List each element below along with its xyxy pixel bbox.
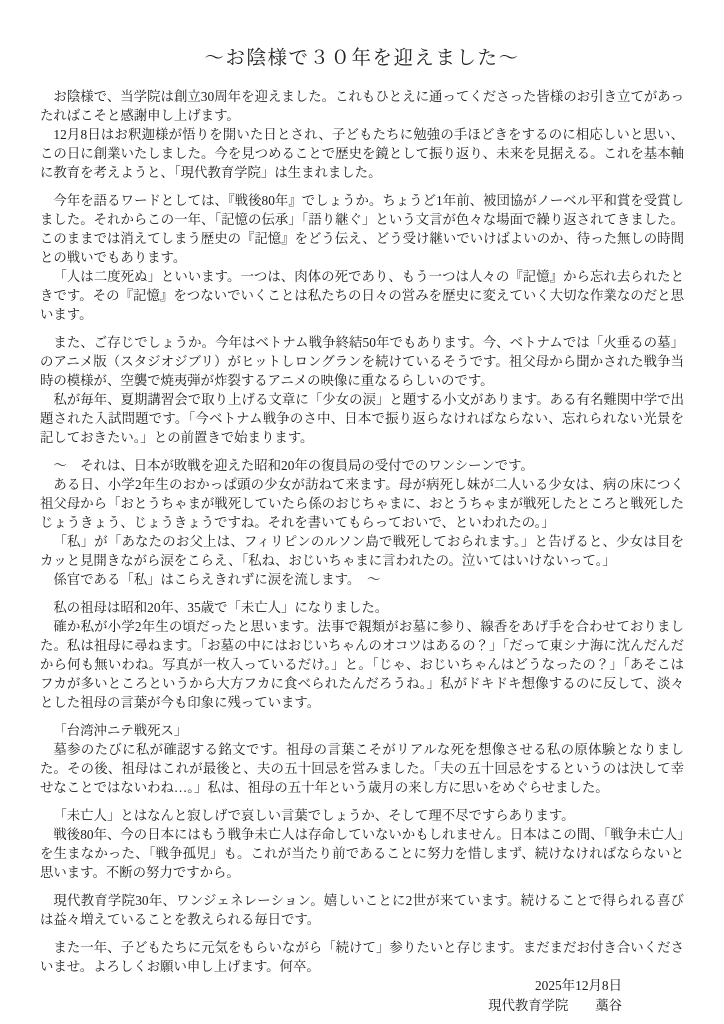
paragraph: 「台湾沖ニテ戦死ス」 <box>40 721 684 740</box>
paragraph-block: お陰様で、当学院は創立30周年を迎えました。これもひとえに通ってくださった皆様の… <box>40 87 684 182</box>
paragraph: 確か私が小学2年生の頃だったと思います。法事で親類がお墓に参り、線香をあげ手を合… <box>40 617 684 712</box>
paragraph: 私が毎年、夏期講習会で取り上げる文章に「少女の涙」と題する小文があります。ある有… <box>40 390 684 447</box>
paragraph: 戦後80年、今の日本にはもう戦争未亡人は存命していないかもしれません。日本はこの… <box>40 825 684 882</box>
paragraph: 係官である「私」はこらえきれずに涙を流します。 ～ <box>40 570 684 589</box>
paragraph: 「私」が「あなたのお父上は、フィリピンのルソン島で戦死しておられます。」と告げる… <box>40 532 684 570</box>
paragraph: 「人は二度死ぬ」といいます。一つは、肉体の死であり、もう一つは人々の『記憶』から… <box>40 267 684 324</box>
paragraph-block: 「未亡人」とはなんと寂しげで哀しい言葉でしょうか、そして理不尽ですらあります。 … <box>40 806 684 882</box>
paragraph-block: 今年を語るワードとしては、『戦後80年』でしょうか。ちょうど1年前、被団協がノー… <box>40 191 684 324</box>
paragraph-block: 「台湾沖ニテ戦死ス」 墓参のたびに私が確認する銘文です。祖母の言葉こそがリアルな… <box>40 721 684 797</box>
letter-page: ～お陰様で３０年を迎えました～ お陰様で、当学院は創立30周年を迎えました。これ… <box>0 0 724 1024</box>
paragraph: 私の祖母は昭和20年、35歳で「未亡人」になりました。 <box>40 598 684 617</box>
date-line: 2025年12月8日 <box>40 976 622 996</box>
signature-line: 現代教育学院 藁谷 <box>40 996 622 1016</box>
paragraph-block: また一年、子どもたちに元気をもらいながら「続けて」参りたいと存じます。まだまだお… <box>40 938 684 976</box>
paragraph: また、ご存じでしょうか。今年はベトナム戦争終結50年でもあります。今、ベトナムで… <box>40 333 684 390</box>
paragraph: ～ それは、日本が敗戦を迎えた昭和20年の復員局の受付でのワンシーンです。 <box>40 456 684 475</box>
closing-block: 2025年12月8日 現代教育学院 藁谷 <box>40 976 684 1015</box>
paragraph: 「未亡人」とはなんと寂しげで哀しい言葉でしょうか、そして理不尽ですらあります。 <box>40 806 684 825</box>
paragraph: 現代教育学院30年、ワンジェネレーション。嬉しいことに2世が来ています。続けるこ… <box>40 891 684 929</box>
paragraph: お陰様で、当学院は創立30周年を迎えました。これもひとえに通ってくださった皆様の… <box>40 87 684 125</box>
paragraph-block: 現代教育学院30年、ワンジェネレーション。嬉しいことに2世が来ています。続けるこ… <box>40 891 684 929</box>
paragraph: 墓参のたびに私が確認する銘文です。祖母の言葉こそがリアルな死を想像させる私の原体… <box>40 740 684 797</box>
paragraph: また一年、子どもたちに元気をもらいながら「続けて」参りたいと存じます。まだまだお… <box>40 938 684 976</box>
paragraph-block: また、ご存じでしょうか。今年はベトナム戦争終結50年でもあります。今、ベトナムで… <box>40 333 684 447</box>
paragraph: 12月8日はお釈迦様が悟りを開いた日とされ、子どもたちに勉強の手ほどきをするのに… <box>40 125 684 182</box>
paragraph: 今年を語るワードとしては、『戦後80年』でしょうか。ちょうど1年前、被団協がノー… <box>40 191 684 267</box>
page-title: ～お陰様で３０年を迎えました～ <box>40 44 684 72</box>
paragraph: ある日、小学2年生のおかっぱ頭の少女が訪ねて来ます。母が病死し妹が二人いる少女は… <box>40 475 684 532</box>
paragraph-block: ～ それは、日本が敗戦を迎えた昭和20年の復員局の受付でのワンシーンです。 ある… <box>40 456 684 589</box>
letter-body: お陰様で、当学院は創立30周年を迎えました。これもひとえに通ってくださった皆様の… <box>40 87 684 976</box>
paragraph-block: 私の祖母は昭和20年、35歳で「未亡人」になりました。 確か私が小学2年生の頃だ… <box>40 598 684 712</box>
